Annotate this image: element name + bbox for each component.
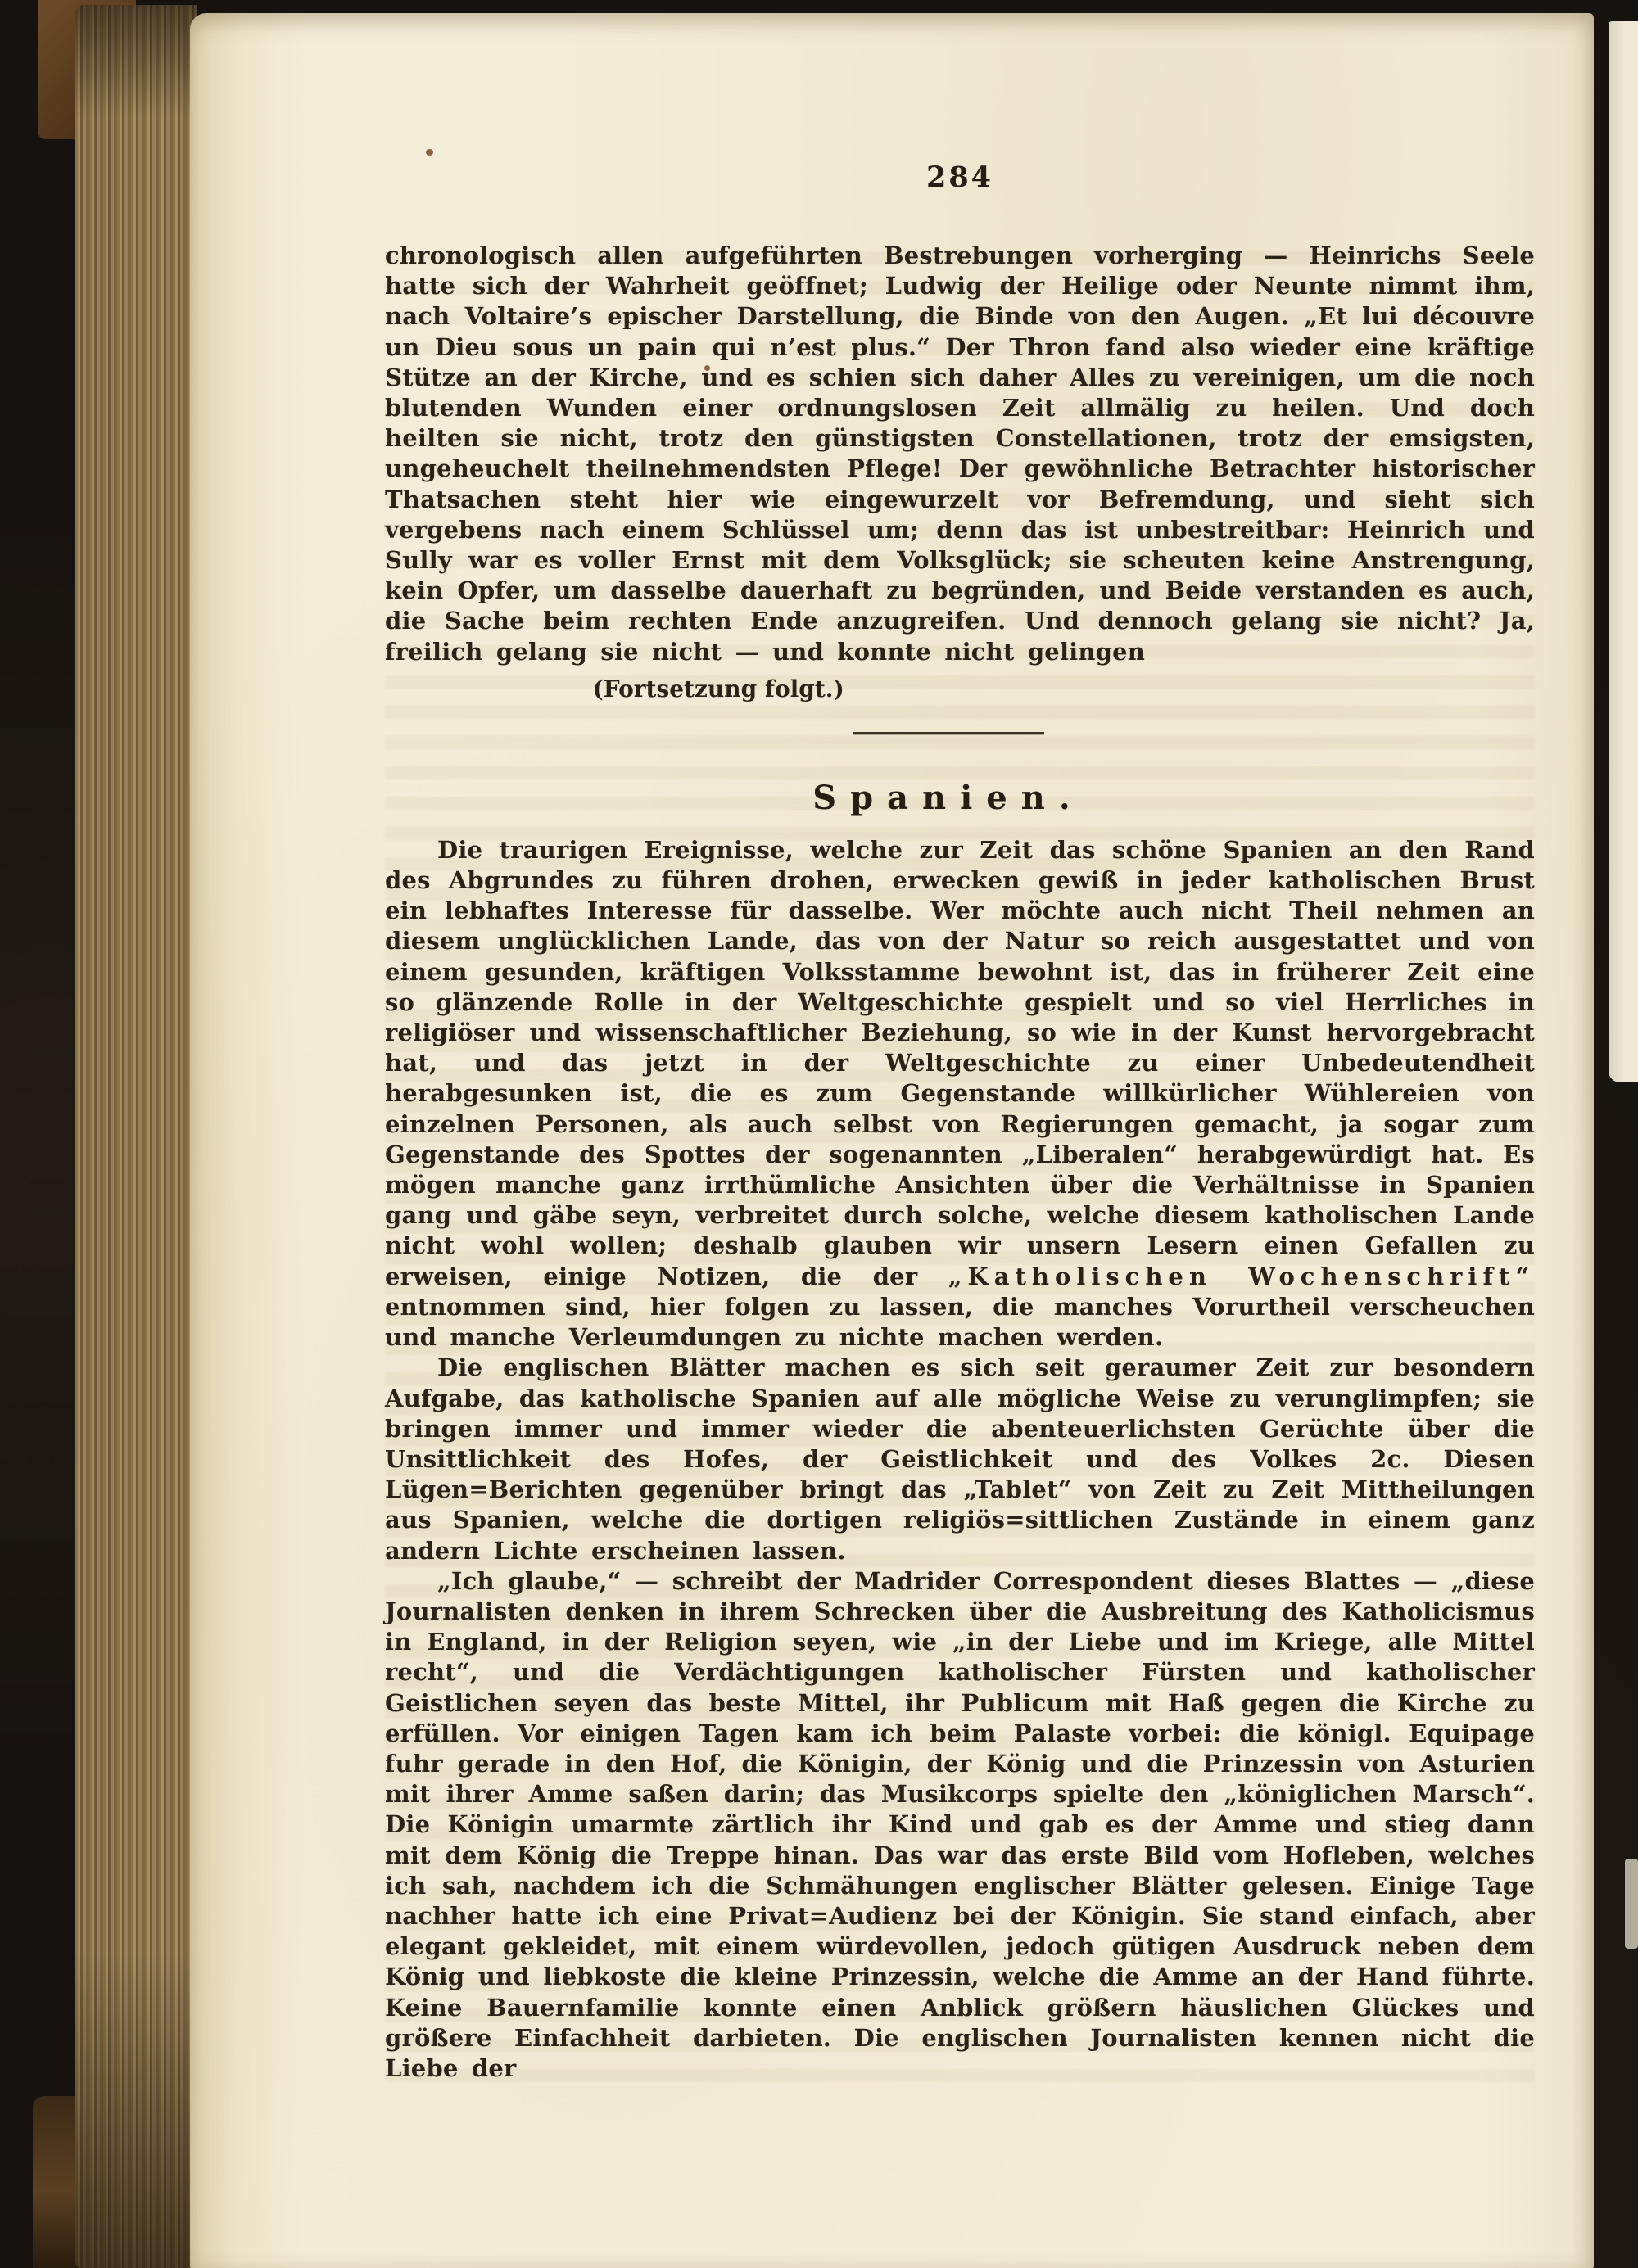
- adjacent-page-sliver-fragment: [1625, 1859, 1638, 1949]
- paragraph-text: entnommen sind, hier folgen zu lassen, d…: [385, 1293, 1535, 1351]
- paragraph-english-papers: Die englischen Blätter machen es sich se…: [385, 1353, 1535, 1565]
- paper-speck: [426, 149, 433, 156]
- section-title: Spanien.: [373, 779, 1523, 817]
- paragraph-continued-article: chronologisch allen aufgeführten Bestreb…: [385, 241, 1535, 667]
- paragraph-text: Die traurigen Ereignisse, welche zur Zei…: [385, 836, 1535, 1290]
- adjacent-page-sliver: [1609, 21, 1638, 1082]
- paragraph-madrid-correspondent: „Ich glaube,“ — schreibt der Madrider Co…: [385, 1566, 1535, 2084]
- spaced-journal-name: „Katholischen Wochenschrift“: [948, 1263, 1535, 1290]
- paper-speck: [704, 365, 710, 371]
- paragraph-spanien-intro: Die traurigen Ereignisse, welche zur Zei…: [385, 835, 1535, 1353]
- photo-background: 284 chronologisch allen aufgeführten Bes…: [0, 0, 1638, 2268]
- book-fore-edge-pages: [75, 5, 197, 2268]
- section-divider-rule: [853, 732, 1044, 734]
- page-number: 284: [385, 160, 1535, 194]
- continuation-note: (Fortsetzung folgt.): [385, 675, 1052, 703]
- text-block: chronologisch allen aufgeführten Bestreb…: [385, 241, 1535, 2084]
- book-page: 284 chronologisch allen aufgeführten Bes…: [190, 13, 1594, 2268]
